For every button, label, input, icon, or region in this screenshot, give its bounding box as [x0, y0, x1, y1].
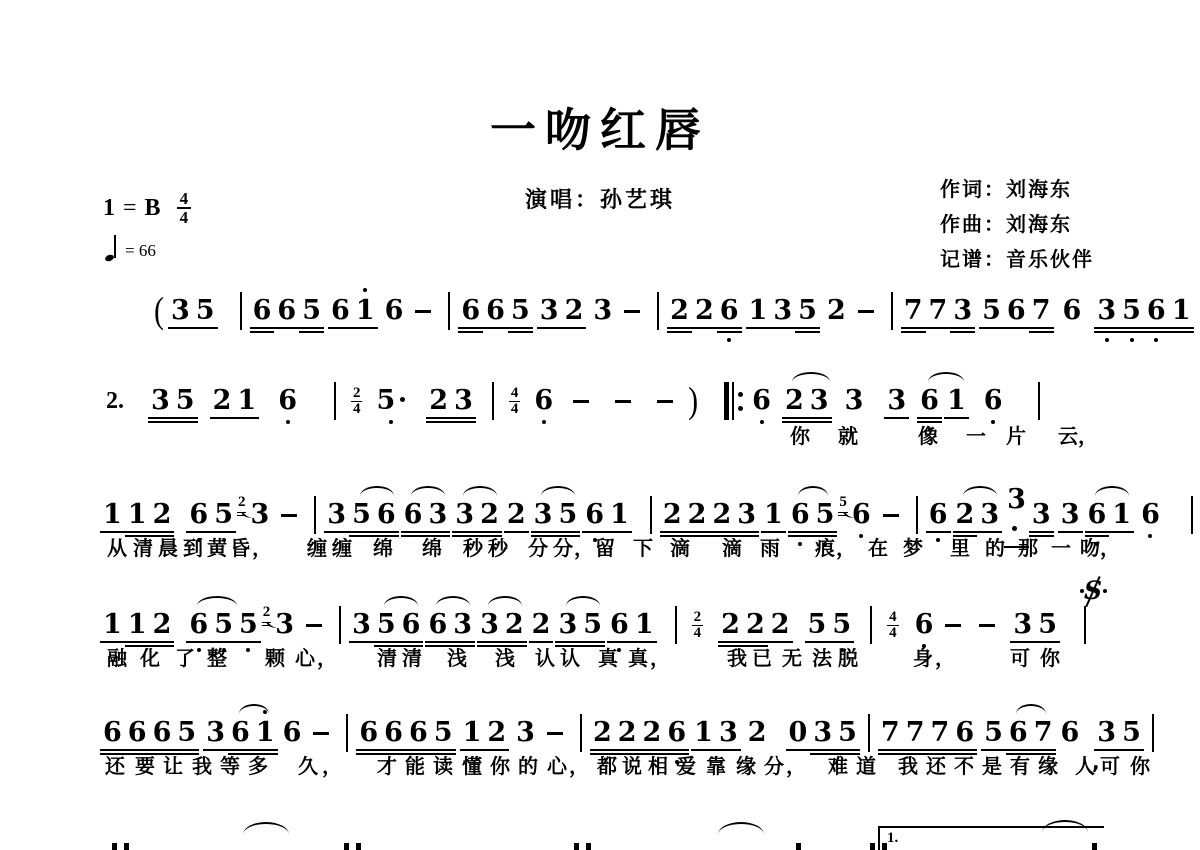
lyric-syllable: 到 — [183, 532, 203, 561]
lyric-syllable: 还 — [105, 750, 125, 779]
note-token: 6 — [915, 610, 934, 640]
note-token: 5 — [1122, 296, 1141, 326]
lyric-syllable: 都 — [597, 750, 617, 779]
note-token: 2 — [507, 500, 526, 530]
note-token: 6 — [189, 500, 208, 530]
time-denominator: 4 — [353, 402, 361, 417]
note-token: 7 — [906, 718, 925, 748]
note-token: 2 — [213, 386, 232, 416]
underline — [1169, 327, 1194, 329]
lyric-syllable: ， — [574, 532, 594, 561]
note-token: 5 — [816, 500, 835, 530]
underline — [426, 417, 451, 419]
note-token: 6 — [278, 386, 297, 416]
lyric-syllable: 片 — [1006, 420, 1026, 449]
lyric-syllable: 浅 — [447, 642, 467, 671]
note-token: 3 — [593, 296, 612, 326]
note-token: 6 — [331, 296, 350, 326]
note-token: 5 — [376, 386, 405, 416]
grace-note: 2 — [238, 494, 246, 510]
note-token: 5 — [214, 610, 233, 640]
barline — [657, 292, 659, 330]
barline — [1084, 606, 1086, 644]
underline — [944, 417, 969, 419]
note-token: 3 — [480, 610, 499, 640]
underline — [717, 331, 742, 333]
first-ending-bracket: 1. — [878, 826, 1104, 850]
note-token: 3 — [1013, 610, 1032, 640]
lyric-syllable: 可 — [1010, 642, 1030, 671]
lyric-syllable: 一 — [1051, 532, 1071, 561]
note-token: 6 — [409, 718, 428, 748]
lyric-syllable: 无 — [782, 642, 802, 671]
slur-arc — [541, 486, 575, 498]
lyric-syllable: 的 — [985, 532, 1005, 561]
time-numerator: 2 — [692, 610, 704, 626]
underline — [1094, 331, 1119, 333]
note-token: 1 — [128, 610, 147, 640]
clipped-note-top — [870, 843, 875, 850]
note-token: 3 — [1097, 296, 1116, 326]
note-token: 3 — [1032, 500, 1051, 530]
lyric-syllable: 晨 — [158, 532, 178, 561]
lyric-syllable: ， — [836, 532, 856, 561]
time-denominator: 4 — [694, 626, 702, 641]
octave-dot — [1130, 338, 1134, 342]
lyric-syllable: 化 — [140, 642, 160, 671]
note-token: 2 — [746, 610, 765, 640]
key-equals: = — [123, 195, 137, 222]
note-token: 2 — [487, 718, 506, 748]
lyric-syllable: ， — [650, 642, 670, 671]
lyric-syllable: 里 — [950, 532, 970, 561]
note-token: 6 — [377, 500, 396, 530]
lyric-syllable: 雨 — [760, 532, 780, 561]
note-token: 6 — [1141, 500, 1160, 530]
note-token: 2 — [153, 500, 172, 530]
note-token: 2 — [480, 500, 499, 530]
note-token: 6 — [385, 296, 404, 326]
note-token: 2 — [532, 610, 551, 640]
underline — [1144, 331, 1169, 333]
note-token: 1 — [463, 718, 482, 748]
time-numerator: 4 — [887, 610, 899, 626]
note-token: 6 — [404, 500, 423, 530]
note-token: 5 — [982, 296, 1001, 326]
slur-arc — [1095, 486, 1129, 498]
score-element — [738, 406, 743, 411]
duration-dash — [415, 310, 431, 313]
open-paren: ( — [154, 292, 164, 330]
note-token: 2 — [643, 718, 662, 748]
lyric-syllable: 清 — [133, 532, 153, 561]
lyric-syllable: 身 — [913, 642, 933, 671]
underline — [148, 417, 173, 419]
underline — [193, 327, 218, 329]
lyric-syllable: 在 — [868, 532, 888, 561]
octave-dot — [363, 288, 367, 292]
underline — [173, 417, 198, 419]
underline — [1169, 331, 1194, 333]
time-numerator: 4 — [509, 386, 521, 402]
barline — [346, 714, 348, 752]
note-token: 3 — [454, 386, 473, 416]
tempo-marking: = 66 — [105, 234, 156, 261]
lyrics-line: 从清晨到黄昏，缠缠绵绵秒秒分分，留下滴滴雨痕，在梦里的那一吻， — [0, 532, 1200, 558]
note-token: 6 — [231, 718, 250, 748]
octave-dot — [1105, 338, 1109, 342]
note-token: 2 — [688, 500, 707, 530]
music-line: (35665616665323226135277356763561 — [150, 290, 1200, 332]
repeat-start-sign — [724, 382, 743, 420]
note-token: 6 — [667, 718, 686, 748]
score-element — [738, 392, 743, 397]
lyric-syllable: 缘 — [736, 750, 756, 779]
underline — [901, 327, 926, 329]
lyric-syllable: 真 — [598, 642, 618, 671]
note-token: 5 — [302, 296, 321, 326]
underline — [782, 417, 807, 419]
underline — [746, 327, 771, 329]
note-token: 5 — [832, 610, 851, 640]
lyric-syllable: 缠 — [332, 532, 352, 561]
lyric-syllable: 黄 — [207, 532, 227, 561]
note-token: 3 — [737, 500, 756, 530]
lyric-syllable: 可 — [1100, 750, 1120, 779]
lyric-syllable: 久 — [298, 750, 318, 779]
lyric-syllable: ， — [317, 642, 337, 671]
lyric-syllable: 下 — [633, 532, 653, 561]
octave-dot — [1154, 338, 1158, 342]
note-token: 2 — [429, 386, 448, 416]
lyric-syllable: 分 — [528, 532, 548, 561]
lyric-syllable: ， — [935, 642, 955, 671]
underline — [353, 327, 378, 329]
note-token: 1 — [947, 386, 966, 416]
lyric-syllable: 浅 — [495, 642, 515, 671]
lyric-syllable: 一 — [966, 420, 986, 449]
clipped-note-top — [356, 843, 361, 850]
note-token: 6 — [791, 500, 810, 530]
note-token: 3 — [250, 500, 269, 530]
note-token: 5 — [798, 296, 817, 326]
lyric-syllable: 秒 — [488, 532, 508, 561]
underline — [1119, 331, 1144, 333]
score-element — [732, 382, 734, 420]
underline — [692, 327, 717, 329]
sheet-music-page: 一吻红唇 演唱：孙艺琪 作词：刘海东 作曲：刘海东 记谱：音乐伙伴 1 = B … — [0, 0, 1200, 850]
time-numerator: 2 — [351, 386, 363, 402]
note-token: 3 — [719, 718, 738, 748]
lyric-syllable: 要 — [135, 750, 155, 779]
duration-dash — [858, 310, 874, 313]
composer-credit: 作曲：刘海东 — [940, 207, 1094, 242]
lyric-syllable: 心 — [295, 642, 315, 671]
lyric-syllable: 难 — [828, 750, 848, 779]
underline — [926, 327, 951, 329]
underline — [299, 327, 324, 329]
note-token: 6 — [189, 610, 208, 640]
lyric-syllable: 昏 — [230, 532, 250, 561]
lyric-syllable: 认 — [535, 642, 555, 671]
slur-arc — [384, 596, 418, 608]
lyric-syllable: ， — [252, 532, 272, 561]
slur-arc — [1016, 704, 1046, 716]
note-token: 3 — [1097, 718, 1116, 748]
underline — [537, 327, 562, 329]
lyric-syllable: ， — [322, 750, 342, 779]
note-token: 5 — [352, 500, 371, 530]
lyric-syllable: 整 — [207, 642, 227, 671]
clipped-note-top — [882, 843, 887, 850]
lyric-syllable: 说 — [622, 750, 642, 779]
inline-time-signature: 24 — [692, 610, 704, 641]
inline-time-signature: 44 — [509, 386, 521, 417]
underline — [950, 331, 975, 333]
barline — [580, 714, 582, 752]
note-token: 7 — [929, 296, 948, 326]
note-token: 3 — [953, 296, 972, 326]
slur-arc — [488, 596, 522, 608]
lyric-syllable: 痕 — [815, 532, 835, 561]
slur-arc — [792, 372, 830, 384]
lyric-syllable: 是 — [982, 750, 1002, 779]
note-token: 7 — [904, 296, 923, 326]
lyrics-line: 你就像一片云， — [0, 420, 1200, 446]
note-token: 1 — [103, 500, 122, 530]
lyric-syllable: 认 — [560, 642, 580, 671]
note-token: 6 — [428, 610, 447, 640]
barline — [1191, 496, 1193, 534]
augmentation-dot — [1012, 526, 1017, 531]
note-token: 5 — [377, 610, 396, 640]
note-token: 2 — [593, 718, 612, 748]
lyric-syllable: 分 — [553, 532, 573, 561]
barline — [650, 496, 652, 534]
song-title: 一吻红唇 — [0, 94, 1200, 160]
key-signature: 1 = B 4 4 — [103, 190, 191, 226]
underline — [717, 327, 742, 329]
note-token: 5 — [1038, 610, 1057, 640]
barline — [868, 714, 870, 752]
underline — [770, 327, 795, 329]
barline — [870, 606, 872, 644]
grace-note: 5 — [839, 494, 847, 510]
lyric-syllable: 梦 — [903, 532, 923, 561]
note-token: 3 — [516, 718, 535, 748]
lyric-syllable: 你 — [1040, 642, 1060, 671]
note-token: 5 — [1122, 718, 1141, 748]
note-token: 5 — [511, 296, 530, 326]
underline — [667, 327, 692, 329]
note-token: 3 — [455, 500, 474, 530]
underline — [950, 327, 975, 329]
clipped-note-top — [574, 843, 579, 850]
transcriber-credit: 记谱：音乐伙伴 — [940, 242, 1094, 277]
segno-icon: S — [1082, 576, 1104, 608]
barline — [240, 292, 242, 330]
note-token: 3 — [558, 610, 577, 640]
note-token: 6 — [1147, 296, 1166, 326]
time-denominator: 4 — [511, 402, 519, 417]
note-token: 2 — [505, 610, 524, 640]
note-token: 1 — [103, 610, 122, 640]
lyricist-credit: 作词：刘海东 — [940, 172, 1094, 207]
time-denominator: 4 — [889, 626, 897, 641]
note-token: 1 — [1112, 500, 1131, 530]
note-token: 6 — [402, 610, 421, 640]
note-token: 2 — [748, 718, 767, 748]
note-token: 1 — [749, 296, 768, 326]
underline — [884, 417, 909, 419]
lyric-syllable: 那 — [1018, 532, 1038, 561]
note-token: 3 — [980, 500, 999, 530]
lyric-syllable: 你 — [1130, 750, 1150, 779]
clipped-note-top — [796, 843, 801, 850]
lyric-syllable: 有 — [1010, 750, 1030, 779]
note-token: 6 — [534, 386, 553, 416]
note-token: 1 — [764, 500, 783, 530]
note-token: 6 — [610, 610, 629, 640]
lyric-syllable: 绵 — [422, 532, 442, 561]
duration-dash — [624, 310, 640, 313]
duration-dash — [979, 624, 995, 627]
lyric-syllable: 从 — [107, 532, 127, 561]
barline — [492, 382, 494, 420]
lyric-syllable: 等 — [220, 750, 240, 779]
note-token: 3 — [773, 296, 792, 326]
lyric-syllable: 才 — [377, 750, 397, 779]
note-token: 7 — [1034, 718, 1053, 748]
underline — [901, 331, 926, 333]
lyric-syllable: 懂 — [462, 750, 482, 779]
note-token: 3 — [813, 718, 832, 748]
duration-dash — [657, 400, 673, 403]
barline — [916, 496, 918, 534]
note-token: 1 — [237, 386, 256, 416]
quarter-note-icon — [105, 234, 118, 261]
note-token: 6 — [1009, 718, 1028, 748]
repeat-dots — [738, 392, 743, 411]
note-token: 7 — [881, 718, 900, 748]
score-element — [724, 382, 729, 420]
lyric-syllable: 滴 — [670, 532, 690, 561]
note-token: 1 — [610, 500, 629, 530]
barline — [339, 606, 341, 644]
note-token: 3 — [453, 610, 472, 640]
note-token: 6 — [752, 386, 771, 416]
note-token: 3 — [534, 500, 553, 530]
lyric-syllable: 我 — [898, 750, 918, 779]
note-token: 2 — [827, 296, 846, 326]
note-token: 5 — [196, 296, 215, 326]
underline — [234, 417, 259, 419]
time-numerator: 4 — [177, 190, 192, 209]
lyric-syllable: 了 — [175, 642, 195, 671]
clipped-note-top — [112, 843, 117, 850]
duration-dash — [573, 400, 589, 403]
note-token: 2 — [565, 296, 584, 326]
clipped-note-top — [124, 843, 129, 850]
note-token: 2 — [712, 500, 731, 530]
underline — [917, 417, 942, 419]
underline — [328, 327, 353, 329]
note-token: 5 — [177, 718, 196, 748]
lyric-syllable: 融 — [107, 642, 127, 671]
note-token: 3 — [428, 500, 447, 530]
lyric-syllable: ， — [569, 750, 589, 779]
lyric-syllable: 缠 — [307, 532, 327, 561]
lyric-syllable: ， — [786, 750, 806, 779]
lyric-syllable: 真 — [628, 642, 648, 671]
time-denominator: 4 — [180, 209, 189, 226]
note-token: 0 — [789, 718, 808, 748]
underline — [168, 327, 193, 329]
underline — [1004, 327, 1029, 329]
duration-dash — [883, 514, 899, 517]
lyric-syllable: 还 — [926, 750, 946, 779]
note-token: 2 — [721, 610, 740, 640]
underline — [1144, 327, 1169, 329]
note-token: 6 — [128, 718, 147, 748]
slur-arc — [566, 596, 600, 608]
lyric-syllable: 我 — [192, 750, 212, 779]
octave-dot — [727, 338, 731, 342]
underline — [1029, 331, 1054, 333]
note-token: 6 — [720, 296, 739, 326]
note-token: 3 — [206, 718, 225, 748]
underline — [795, 331, 820, 333]
lyrics-line: 还要让我等多久，才能读懂你的心，都说相爱靠缘分，难道我还不是有缘人,可你 — [0, 750, 1200, 776]
underline — [483, 327, 508, 329]
key-letter: B — [145, 195, 161, 222]
close-paren: ) — [688, 382, 698, 420]
lyric-syllable: , — [1092, 750, 1100, 774]
note-token: 2 — [785, 386, 804, 416]
lyric-syllable: 分 — [764, 750, 784, 779]
underline — [210, 417, 235, 419]
underline — [1094, 327, 1119, 329]
lyric-syllable: 的 — [518, 750, 538, 779]
note-token: 5 — [434, 718, 453, 748]
lyric-syllable: ， — [1100, 532, 1120, 561]
barline — [891, 292, 893, 330]
note-token: 6 — [1088, 500, 1107, 530]
note-token: 3 — [845, 386, 864, 416]
clipped-note-top — [1092, 843, 1097, 850]
barline — [334, 382, 336, 420]
note-token: 5 — [214, 500, 233, 530]
lyric-syllable: 爱 — [676, 750, 696, 779]
barline — [448, 292, 450, 330]
slur-arc — [243, 822, 289, 837]
note-token: 3 — [171, 296, 190, 326]
slur-arc — [798, 486, 828, 498]
underline — [1029, 327, 1054, 329]
note-token: 2 — [153, 610, 172, 640]
note-token: 6 — [461, 296, 480, 326]
underline — [1119, 327, 1144, 329]
underline — [451, 417, 476, 419]
note-token: 3 — [887, 386, 906, 416]
note-token: 2 — [618, 718, 637, 748]
note-token: 3 — [352, 610, 371, 640]
slur-arc — [463, 486, 497, 498]
lyric-syllable: 缘 — [1038, 750, 1058, 779]
note-token: 6 — [920, 386, 939, 416]
duration-dash — [615, 400, 631, 403]
note-token: 1 — [1172, 296, 1191, 326]
